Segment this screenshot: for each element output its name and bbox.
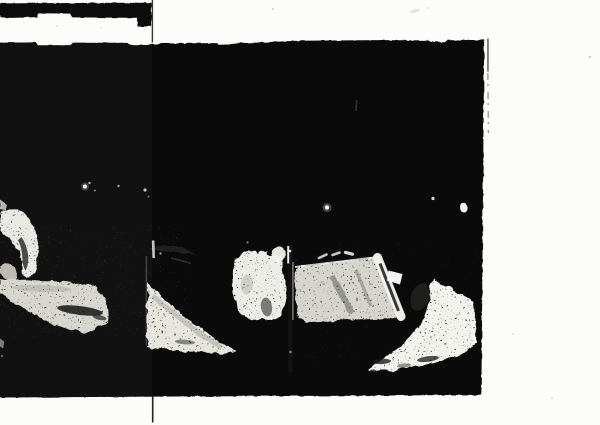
distant-light [148,196,150,198]
page-speck [589,56,591,58]
fold-bright-line [146,256,148,345]
antenna-speck [289,250,292,253]
figure-top-speck [246,241,248,243]
fold-line-bottom [152,396,154,423]
page-speck [56,25,58,27]
scanned-photograph [0,0,600,425]
page-speck [551,397,553,399]
page-speck [427,7,429,9]
left-edge-dot [1,355,3,357]
trim-tick [346,252,353,254]
fold-mark-dot [159,252,161,254]
distant-light [117,185,119,187]
distant-light [94,190,96,192]
distant-light [431,197,434,200]
page-speck [100,27,102,29]
page-speck [272,8,274,10]
fold-line-top [152,0,153,43]
antenna-right-edge [292,262,294,320]
antenna-base-speck [289,351,292,354]
antenna-pole [288,247,292,373]
right-edge-line-solid [487,39,488,72]
distant-light [88,182,90,184]
screenshot-root [0,0,600,425]
distant-light [83,185,87,189]
distant-light [325,205,329,209]
distant-light [143,188,146,191]
antenna-top-highlight [287,246,289,264]
page-speck [512,333,514,335]
trim-tick-dot [356,260,359,263]
